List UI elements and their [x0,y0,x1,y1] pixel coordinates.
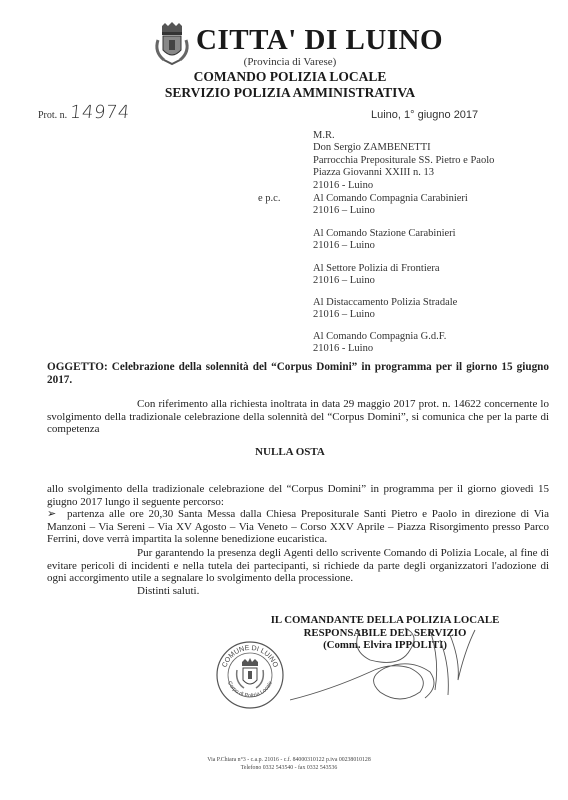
protocol-label: Prot. n. [38,110,67,121]
cc-label: e p.c. [258,193,280,204]
closing-paragraph: Pur garantendo la presenza degli Agenti … [47,547,549,597]
service-title: SERVIZIO POLIZIA AMMINISTRATIVA [0,85,568,101]
recipient-line: Parrocchia Prepositurale SS. Pietro e Pa… [313,155,494,167]
recipient-line: Al Comando Stazione Carabinieri [313,228,456,240]
recipient-line: 21016 – Luino [313,309,457,321]
arrow-bullet-icon: ➢ [47,508,67,521]
cc-recipient: Al Comando Stazione Carabinieri 21016 – … [313,228,456,253]
recipient-line: Al Distaccamento Polizia Stradale [313,297,457,309]
intro-text: Con riferimento alla richiesta inoltrata… [47,398,549,435]
recipient-line: M.R. [313,130,494,142]
footer-address: Via P.Chiara n°3 - c.a.p. 21016 - c.f. 8… [10,756,568,764]
handwritten-signature-icon [290,620,500,710]
province-subtitle: (Provincia di Varese) [0,56,568,68]
cc-recipient: Al Comando Compagnia G.d.F. 21016 - Luin… [313,331,446,356]
recipient-line: 21016 – Luino [313,205,468,217]
cc-recipient: Al Settore Polizia di Frontiera 21016 – … [313,263,440,288]
footer-phone: Telefono 0332 543540 - fax 0332 543536 [10,764,568,772]
cc-recipient: Al Distaccamento Polizia Stradale 21016 … [313,297,457,322]
department-title: COMANDO POLIZIA LOCALE [0,69,568,85]
route-bullet: ➢partenza alle ore 20,30 Santa Messa dal… [47,508,549,546]
route-intro: allo svolgimento della tradizionale cele… [47,483,549,508]
route-text: partenza alle ore 20,30 Santa Messa dall… [47,508,549,545]
subject-line: OGGETTO: Celebrazione della solennità de… [47,361,549,386]
recipient-line: 21016 – Luino [313,275,440,287]
recipient-line: 21016 - Luino [313,180,494,192]
recipient-line: Al Comando Compagnia G.d.F. [313,331,446,343]
svg-text:Corpo di Polizia Locale: Corpo di Polizia Locale [226,680,274,699]
primary-recipient: M.R. Don Sergio ZAMBENETTI Parrocchia Pr… [313,130,494,192]
recipient-line: 21016 – Luino [313,240,456,252]
city-title: CITTA' DI LUINO [196,24,443,57]
recipient-line: Don Sergio ZAMBENETTI [313,142,494,154]
letter-date: Luino, 1° giugno 2017 [371,109,478,121]
recipient-line: Piazza Giovanni XXIII n. 13 [313,167,494,179]
protocol-number: 14974 [69,102,131,123]
recipient-line: 21016 - Luino [313,343,446,355]
footer-contact: Via P.Chiara n°3 - c.a.p. 21016 - c.f. 8… [0,756,568,772]
safety-text: Pur garantendo la presenza degli Agenti … [47,547,549,584]
nulla-osta-heading: NULLA OSTA [0,446,568,458]
intro-paragraph: Con riferimento alla richiesta inoltrata… [47,398,549,436]
recipient-line: Al Settore Polizia di Frontiera [313,263,440,275]
cc-recipient: Al Comando Compagnia Carabinieri 21016 –… [313,193,468,218]
recipient-line: Al Comando Compagnia Carabinieri [313,193,468,205]
route-paragraph: allo svolgimento della tradizionale cele… [47,483,549,546]
closing-salutation: Distinti saluti. [137,585,199,597]
